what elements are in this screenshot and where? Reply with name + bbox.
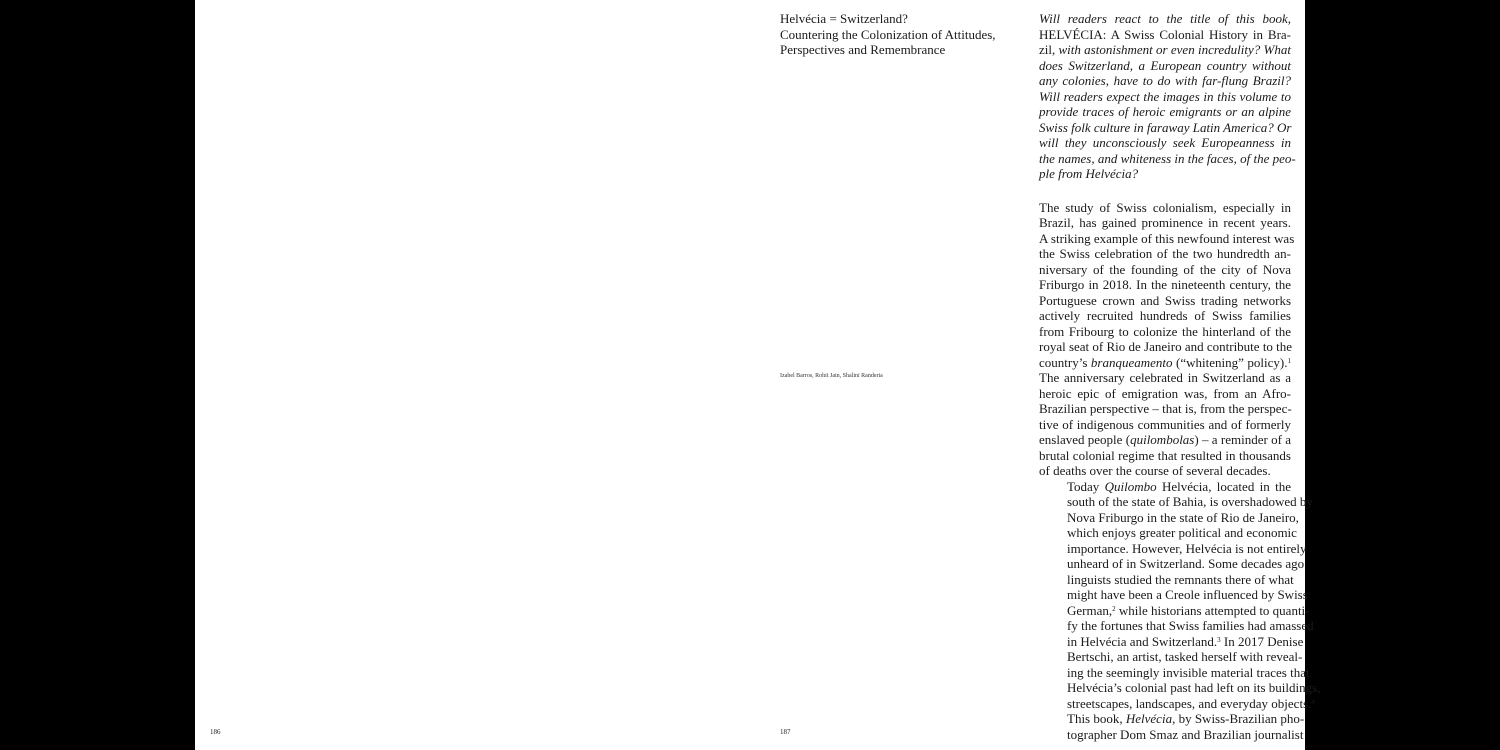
text-line: streetscapes, landscapes, and everyday o… [1039, 696, 1291, 712]
chapter-title: Helvécia = Switzerland? Countering the C… [780, 11, 1020, 58]
text-line: Helvécia’s colonial past had left on its… [1039, 680, 1291, 696]
left-page-number: 186 [210, 728, 221, 736]
intro-line: does Switzerland, a European country wit… [1039, 58, 1291, 74]
intro-line: will they unconsciously seek Europeannes… [1039, 135, 1291, 151]
intro-line: Will readers react to the title of this … [1039, 11, 1291, 27]
text-line: Nova Friburgo in the state of Rio de Jan… [1039, 510, 1291, 526]
text-line: the Swiss celebration of the two hundred… [1039, 246, 1291, 262]
text-line: niversary of the founding of the city of… [1039, 262, 1291, 278]
text-line: fy the fortunes that Swiss families had … [1039, 618, 1291, 634]
text-line: south of the state of Bahia, is overshad… [1039, 494, 1291, 510]
text-line: linguists studied the remnants there of … [1039, 572, 1291, 588]
text-line: tive of indigenous communities and of fo… [1039, 417, 1291, 433]
intro-line: Will readers expect the images in this v… [1039, 89, 1291, 105]
book-spread: 186 Helvécia = Switzerland? Countering t… [195, 0, 1305, 750]
body-text: The study of Swiss colonialism, especial… [1039, 200, 1291, 743]
text-line: ing the seemingly invisible material tra… [1039, 665, 1291, 681]
text-line: The study of Swiss colonialism, especial… [1039, 200, 1291, 216]
intro-line: HELVÉCIA: A Swiss Colonial History in Br… [1039, 27, 1291, 43]
intro-line: Swiss folk culture in faraway Latin Amer… [1039, 120, 1291, 136]
chapter-authors: Izabel Barros, Rohit Jain, Shalini Rande… [780, 373, 883, 379]
title-line-2: Countering the Colonization of Attitudes… [780, 27, 1020, 43]
intro-line: ple from Helvécia? [1039, 166, 1291, 182]
text-line: A striking example of this newfound inte… [1039, 231, 1291, 247]
text-line: German,2 while historians attempted to q… [1039, 603, 1291, 619]
text-line: from Fribourg to colonize the hinterland… [1039, 324, 1291, 340]
text-line: heroic epic of emigration was, from an A… [1039, 386, 1291, 402]
intro-line: any colonies, have to do with far-flung … [1039, 73, 1291, 89]
text-line: Today Quilombo Helvécia, located in the [1039, 479, 1291, 495]
title-line-1: Helvécia = Switzerland? [780, 11, 1020, 27]
text-line: Brazil, has gained prominence in recent … [1039, 215, 1291, 231]
text-line: The anniversary celebrated in Switzerlan… [1039, 370, 1291, 386]
intro-line: the names, and whiteness in the faces, o… [1039, 151, 1291, 167]
text-line: importance. However, Helvécia is not ent… [1039, 541, 1291, 557]
text-line: brutal colonial regime that resulted in … [1039, 448, 1291, 464]
body-paragraph-2: Today Quilombo Helvécia, located in thes… [1039, 479, 1291, 743]
text-line: enslaved people (quilombolas) – a remind… [1039, 432, 1291, 448]
intro-paragraph: Will readers react to the title of this … [1039, 11, 1291, 182]
main-text-column: Will readers react to the title of this … [1039, 11, 1291, 742]
intro-line: zil, with astonishment or even increduli… [1039, 42, 1291, 58]
text-line: actively recruited hundreds of Swiss fam… [1039, 308, 1291, 324]
text-line: unheard of in Switzerland. Some decades … [1039, 556, 1291, 572]
text-line: tographer Dom Smaz and Brazilian journal… [1039, 727, 1291, 743]
text-line: This book, Helvécia, by Swiss-Brazilian … [1039, 711, 1291, 727]
text-line: which enjoys greater political and econo… [1039, 525, 1291, 541]
text-line: Friburgo in 2018. In the nineteenth cent… [1039, 277, 1291, 293]
text-line: of deaths over the course of several dec… [1039, 463, 1291, 479]
footnote-marker: 4 [1311, 698, 1315, 706]
text-line: Brazilian perspective – that is, from th… [1039, 401, 1291, 417]
text-line: in Helvécia and Switzerland.3 In 2017 De… [1039, 634, 1291, 650]
title-line-3: Perspectives and Remembrance [780, 42, 1020, 58]
footnote-marker: 1 [1288, 357, 1292, 365]
text-line: Portuguese crown and Swiss trading netwo… [1039, 293, 1291, 309]
text-line: Bertschi, an artist, tasked herself with… [1039, 649, 1291, 665]
body-paragraph-1: The study of Swiss colonialism, especial… [1039, 200, 1291, 479]
right-page-number: 187 [780, 728, 791, 736]
text-line: country’s branqueamento (“whitening” pol… [1039, 355, 1291, 371]
text-line: royal seat of Rio de Janeiro and contrib… [1039, 339, 1291, 355]
text-line: might have been a Creole influenced by S… [1039, 587, 1291, 603]
intro-line: provide traces of heroic emigrants or an… [1039, 104, 1291, 120]
